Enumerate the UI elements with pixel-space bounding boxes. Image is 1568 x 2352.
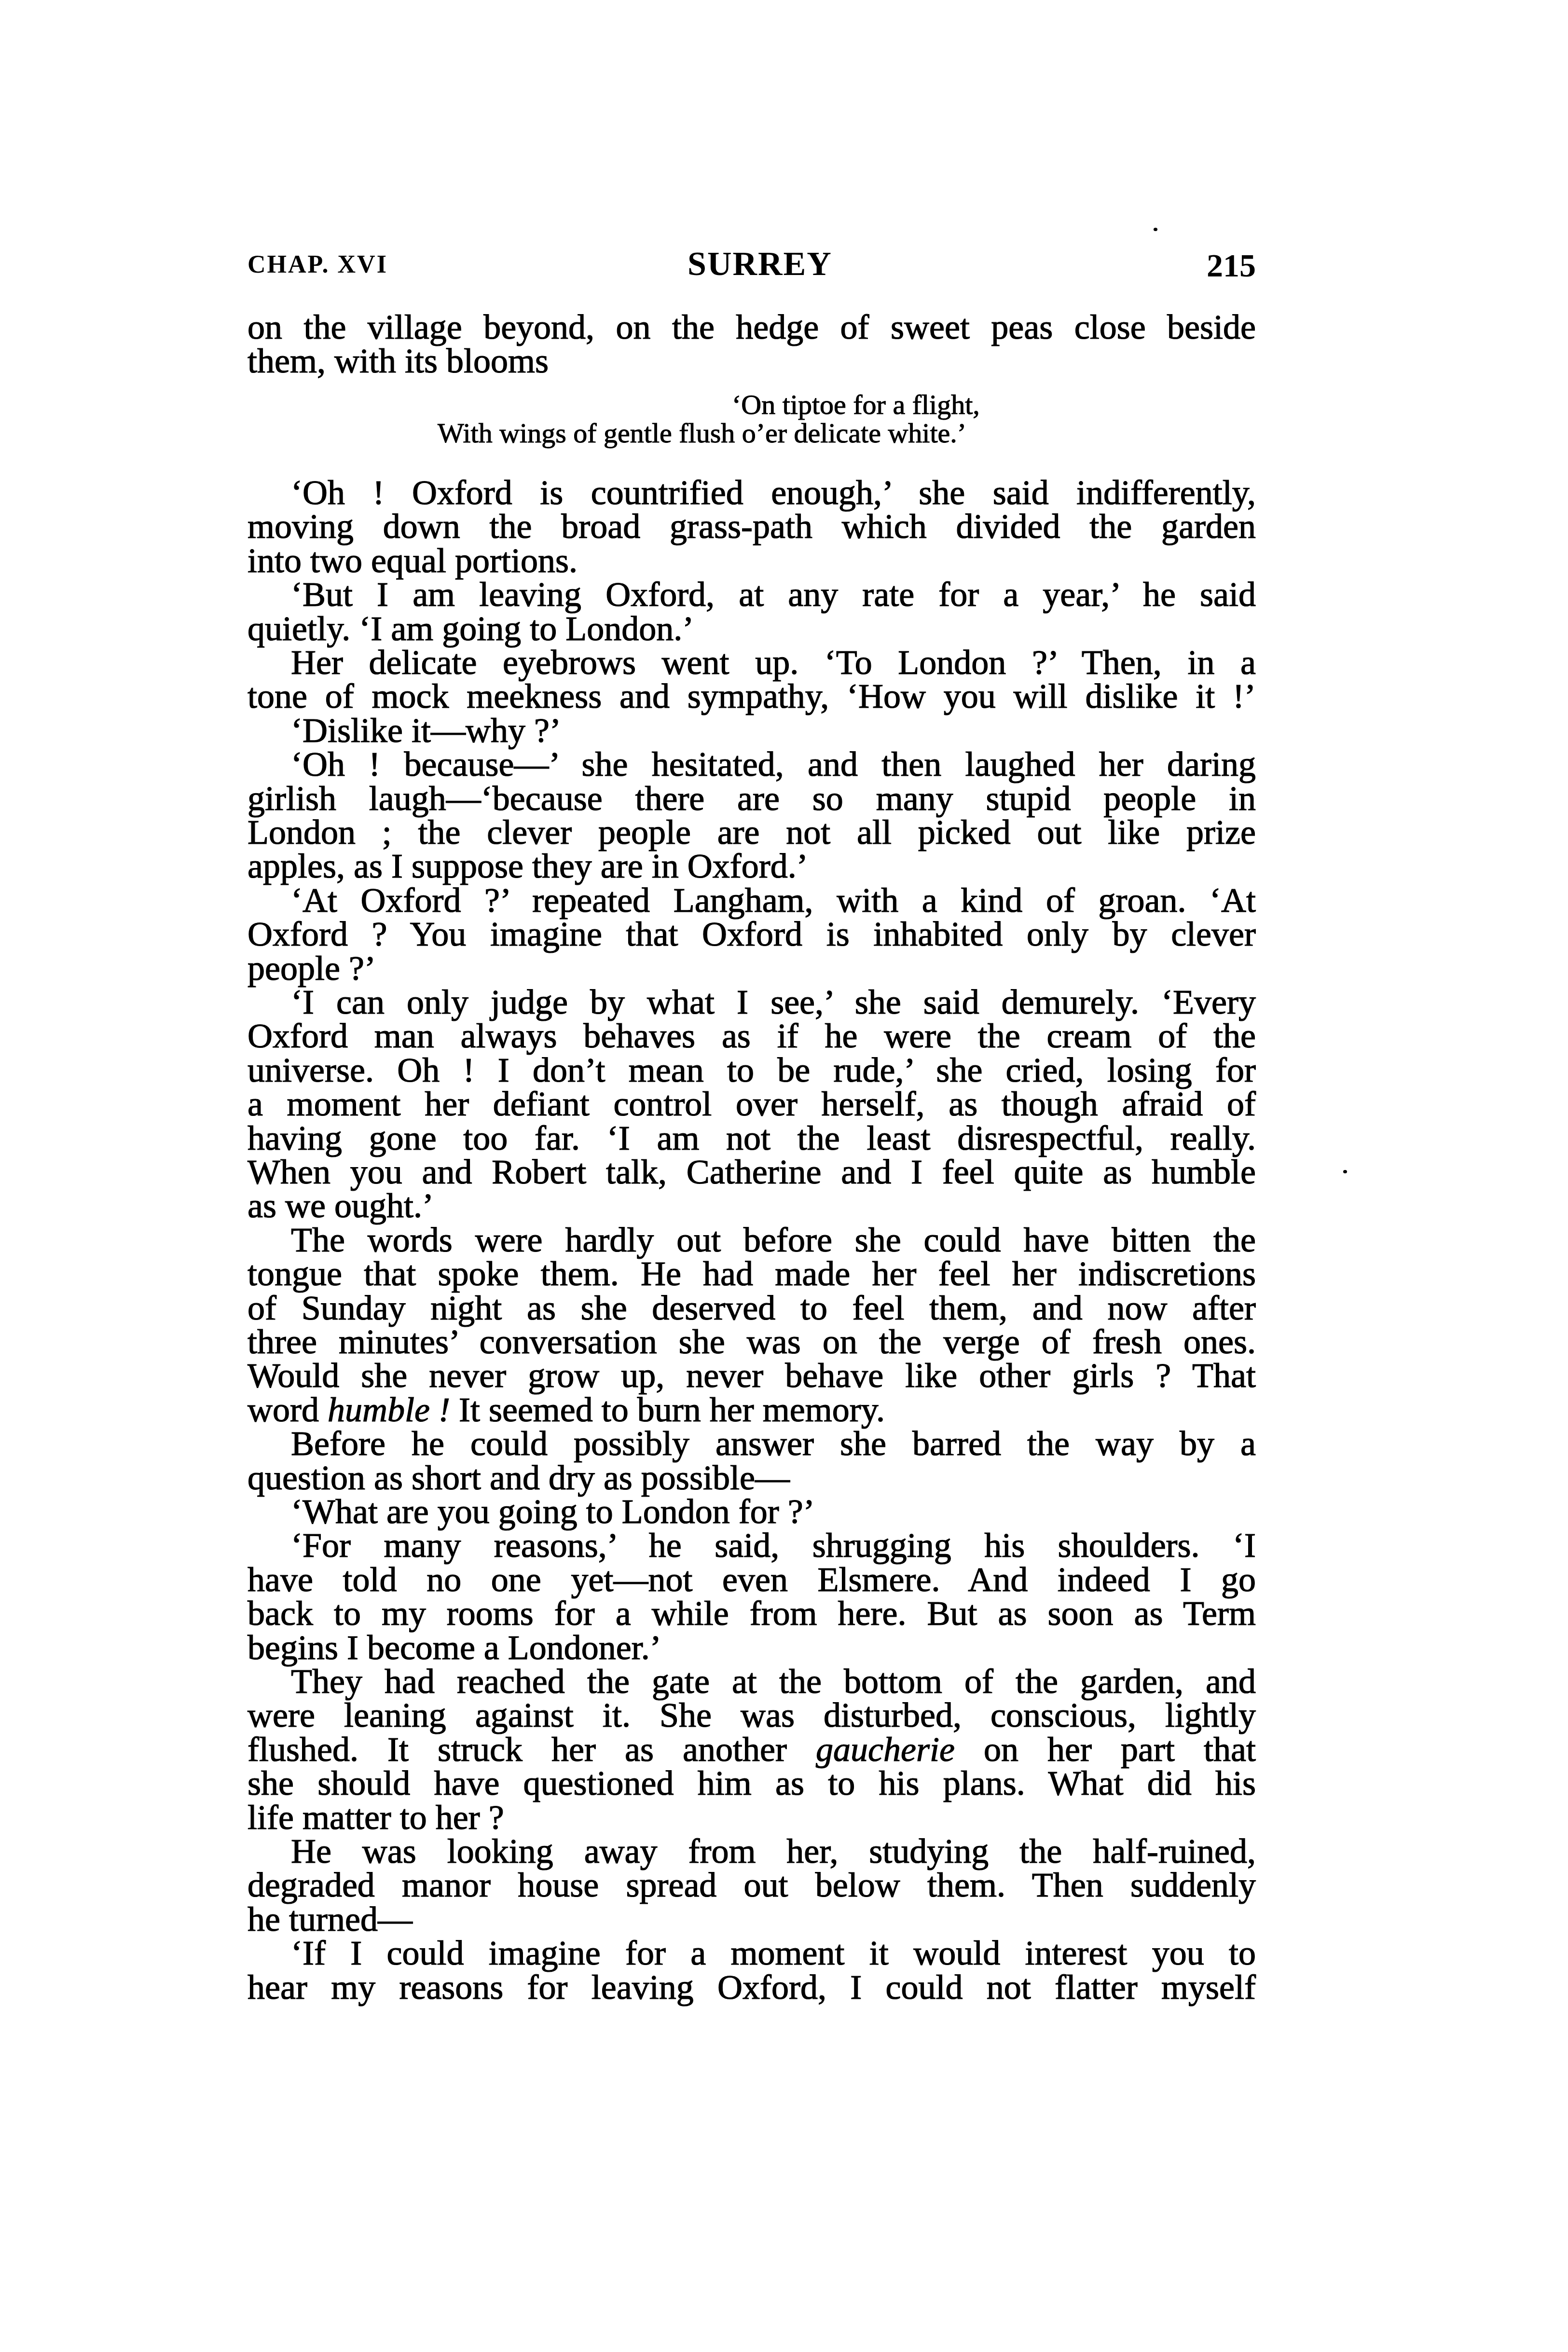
- text-line: He was looking away from her, studying t…: [248, 1834, 1256, 1869]
- text-line: London ; the clever people are not all p…: [248, 815, 1256, 850]
- page-number: 215: [1207, 249, 1256, 282]
- text-line: of Sunday night as she deserved to feel …: [248, 1291, 1256, 1325]
- text-line: were leaning against it. She was disturb…: [248, 1698, 1256, 1733]
- text-line: ‘What are you going to London for ?’: [248, 1494, 1256, 1529]
- text-line: tongue that spoke them. He had made her …: [248, 1256, 1256, 1291]
- text-line: universe. Oh ! I don’t mean to be rude,’…: [248, 1053, 1256, 1087]
- text-line: as we ought.’: [248, 1188, 1256, 1223]
- italic-emphasis: gaucherie: [816, 1730, 955, 1769]
- scan-speck: [1343, 1170, 1347, 1173]
- text-line: question as short and dry as possible—: [248, 1460, 1256, 1495]
- text-line: Her delicate eyebrows went up. ‘To Londo…: [248, 645, 1256, 680]
- text-line: ‘At Oxford ?’ repeated Langham, with a k…: [248, 883, 1256, 918]
- text-line: a moment her defiant control over hersel…: [248, 1087, 1256, 1121]
- text-line: begins I become a Londoner.’: [248, 1630, 1256, 1665]
- text-line: ‘For many reasons,’ he said, shrugging h…: [248, 1528, 1256, 1563]
- text-line: he turned—: [248, 1902, 1256, 1937]
- scan-speck: [1154, 228, 1157, 231]
- book-page: CHAP. XVI SURREY 215 on the village beyo…: [0, 0, 1568, 2352]
- text-line: them, with its blooms: [248, 344, 1256, 378]
- running-title: SURREY: [688, 248, 832, 281]
- text-line: Oxford man always behaves as if he were …: [248, 1018, 1256, 1053]
- text-line: tone of mock meekness and sympathy, ‘How…: [248, 679, 1256, 714]
- text-line: quietly. ‘I am going to London.’: [248, 611, 1256, 646]
- text-line: she should have questioned him as to his…: [248, 1766, 1256, 1801]
- text-line: ‘If I could imagine for a moment it woul…: [248, 1936, 1256, 1970]
- text-line: They had reached the gate at the bottom …: [248, 1664, 1256, 1699]
- text-line: ‘But I am leaving Oxford, at any rate fo…: [248, 577, 1256, 612]
- text-line: word humble ! It seemed to burn her memo…: [248, 1392, 1256, 1427]
- poem-line: With wings of gentle flush o’er delicate…: [438, 419, 966, 447]
- text-line: on the village beyond, on the hedge of s…: [248, 310, 1256, 344]
- text-line: three minutes’ conversation she was on t…: [248, 1324, 1256, 1359]
- text-line: back to my rooms for a while from here. …: [248, 1596, 1256, 1631]
- italic-emphasis: humble !: [328, 1390, 450, 1429]
- text-line: life matter to her ?: [248, 1800, 1256, 1835]
- text-line: Oxford ? You imagine that Oxford is inha…: [248, 917, 1256, 951]
- text-line: have told no one yet—not even Elsmere. A…: [248, 1562, 1256, 1597]
- poem-line: ‘On tiptoe for a flight,: [732, 391, 980, 419]
- text-line: degraded manor house spread out below th…: [248, 1868, 1256, 1902]
- text-line: ‘Oh ! Oxford is countrified enough,’ she…: [248, 475, 1256, 510]
- text-line: Before he could possibly answer she barr…: [248, 1426, 1256, 1461]
- text-line: ‘Dislike it—why ?’: [248, 713, 1256, 748]
- text-line: Would she never grow up, never behave li…: [248, 1358, 1256, 1393]
- text-line: When you and Robert talk, Catherine and …: [248, 1155, 1256, 1189]
- text-line: people ?’: [248, 951, 1256, 986]
- text-line: into two equal portions.: [248, 543, 1256, 578]
- text-line: apples, as I suppose they are in Oxford.…: [248, 849, 1256, 883]
- text-line: having gone too far. ‘I am not the least…: [248, 1121, 1256, 1155]
- chapter-label: CHAP. XVI: [248, 252, 388, 277]
- text-line: flushed. It struck her as another gauche…: [248, 1732, 1256, 1767]
- text-line: moving down the broad grass-path which d…: [248, 509, 1256, 544]
- text-line: girlish laugh—‘because there are so many…: [248, 781, 1256, 816]
- text-line: hear my reasons for leaving Oxford, I co…: [248, 1970, 1256, 2005]
- text-line: The words were hardly out before she cou…: [248, 1223, 1256, 1257]
- text-line: ‘I can only judge by what I see,’ she sa…: [248, 985, 1256, 1019]
- text-line: ‘Oh ! because—’ she hesitated, and then …: [248, 747, 1256, 782]
